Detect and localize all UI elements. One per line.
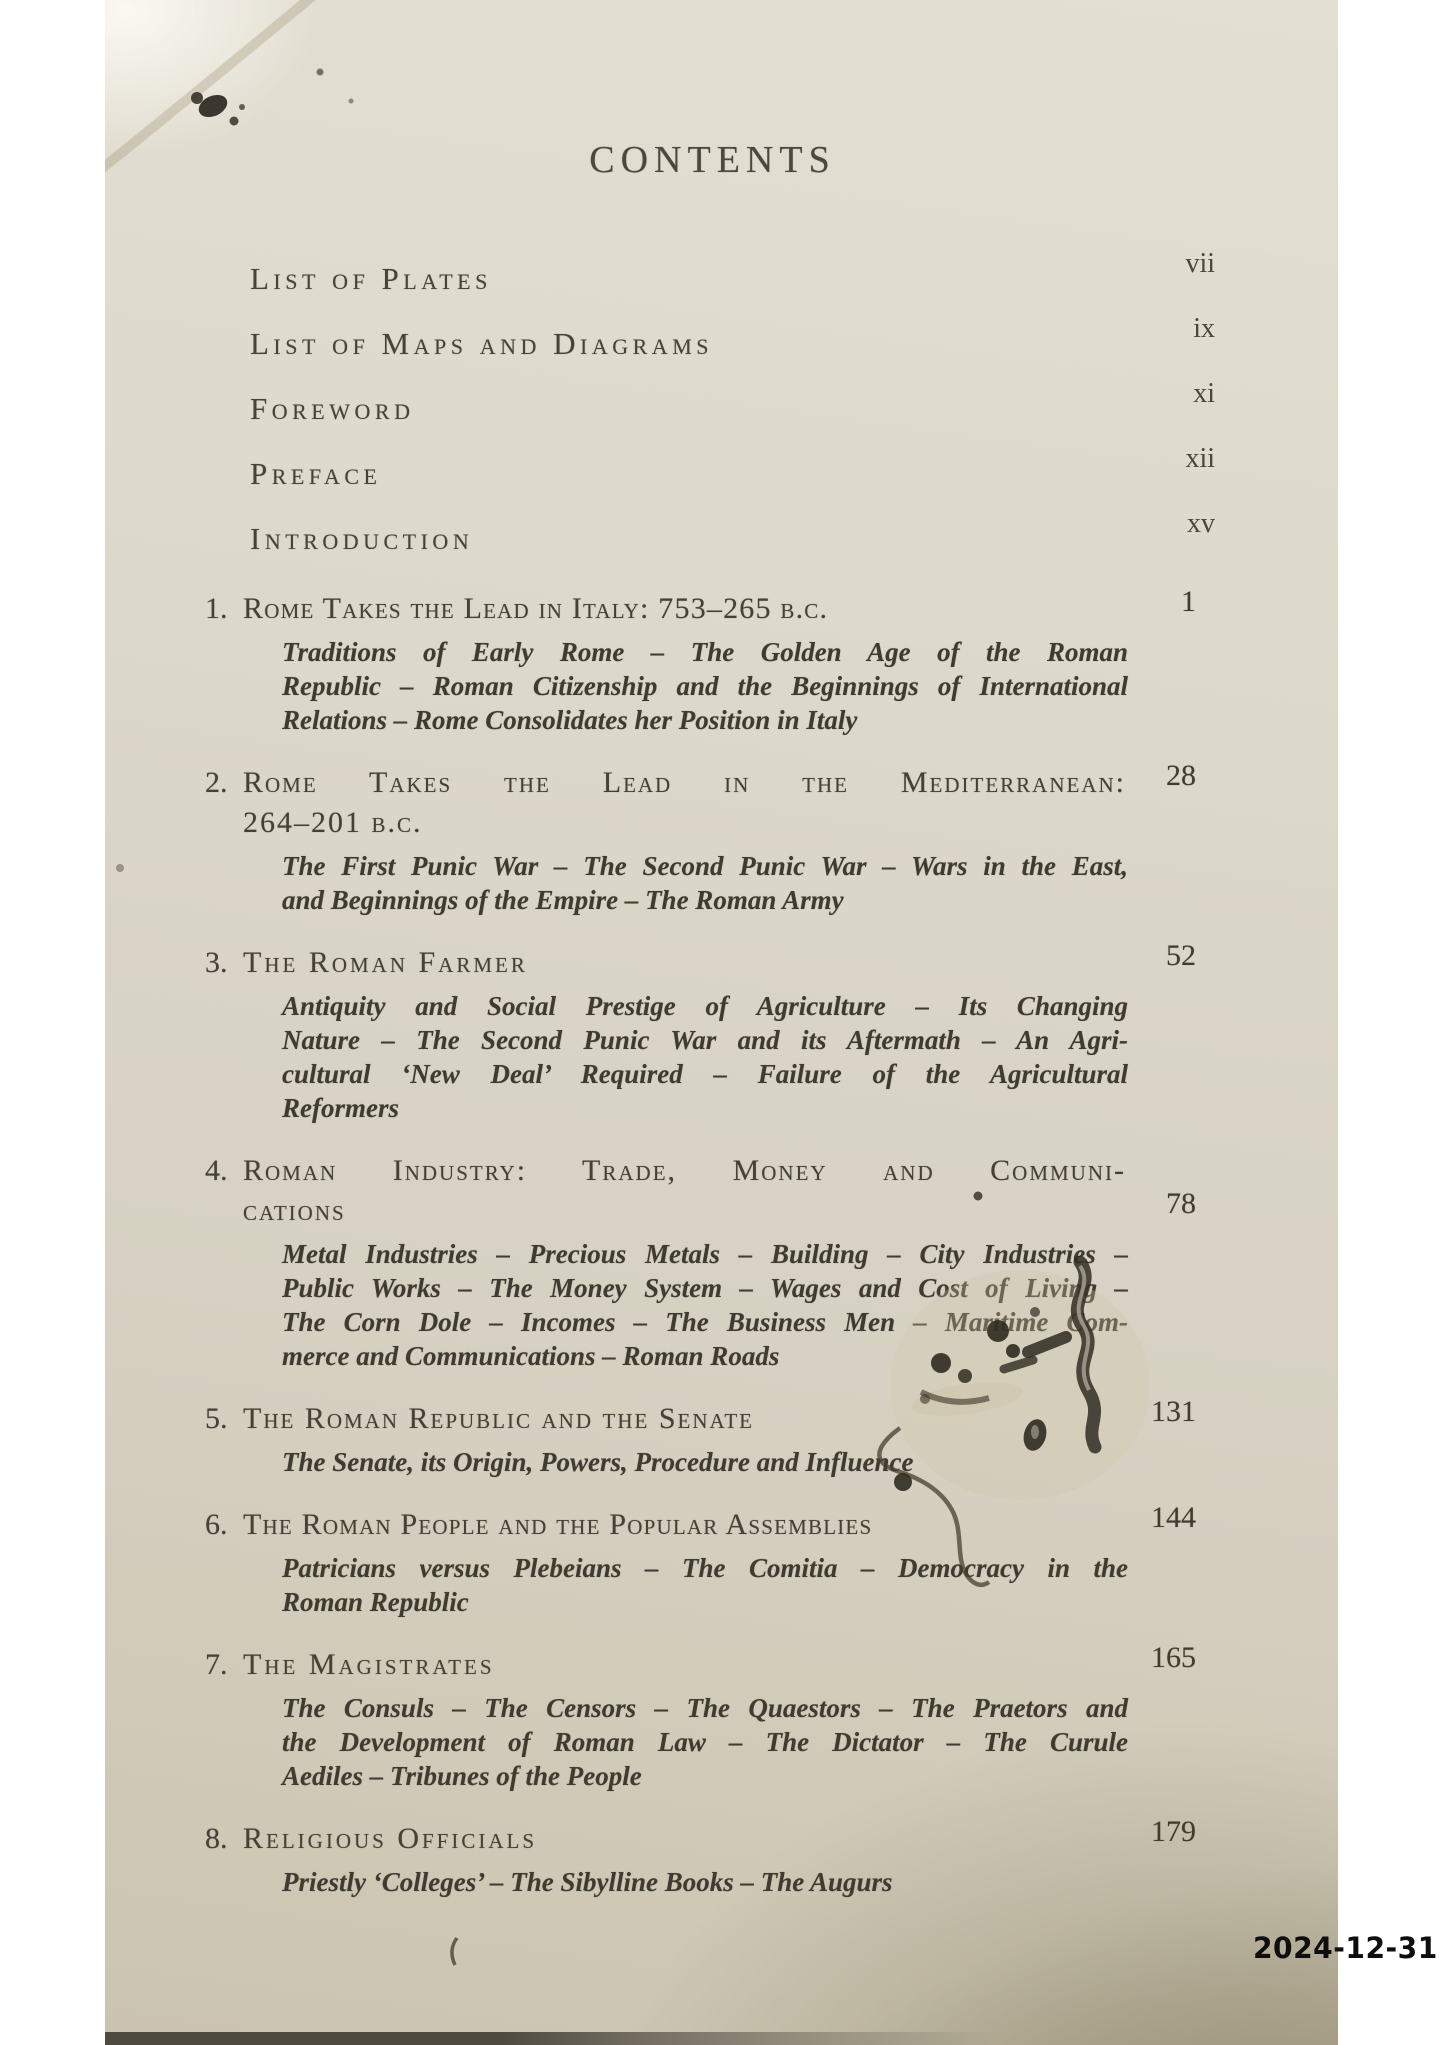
chapter-entry: 1.Rome Takes the Lead in Italy: 753–265 … bbox=[205, 589, 1220, 737]
toc-row: Forewordxi bbox=[205, 394, 1220, 426]
toc-row-label: List of Plates bbox=[250, 264, 1145, 294]
chapter-title-line: The Roman People and the Popular Assembl… bbox=[243, 1505, 1126, 1545]
chapter-subtitle: Traditions of Early Rome – The Golden Ag… bbox=[282, 635, 1128, 737]
chapter-page-number: 52 bbox=[1126, 939, 1196, 973]
chapter-page-number: 78 bbox=[1126, 1187, 1196, 1221]
chapter-title: Religious Officials bbox=[243, 1819, 1126, 1859]
chapter-title-row: 5.The Roman Republic and the Senate131 bbox=[205, 1399, 1220, 1439]
toc-row-label: Foreword bbox=[250, 394, 1145, 424]
chapter-entry: 6.The Roman People and the Popular Assem… bbox=[205, 1505, 1220, 1619]
chapter-title-line: Roman Industry: Trade, Money and Communi… bbox=[243, 1151, 1126, 1191]
toc-row-page: xi bbox=[1145, 378, 1215, 410]
subtitle-line: Relations – Rome Consolidates her Positi… bbox=[282, 703, 1128, 737]
chapter-number: 1. bbox=[205, 589, 243, 629]
chapter-subtitle: Priestly ‘Colleges’ – The Sibylline Book… bbox=[282, 1865, 1128, 1899]
subtitle-line: The First Punic War – The Second Punic W… bbox=[282, 849, 1128, 883]
chapter-title: The Roman People and the Popular Assembl… bbox=[243, 1505, 1126, 1545]
toc-row-page: xii bbox=[1145, 443, 1215, 475]
chapter-page-number: 165 bbox=[1126, 1641, 1196, 1675]
subtitle-line: Antiquity and Social Prestige of Agricul… bbox=[282, 989, 1128, 1023]
subtitle-line: The Consuls – The Censors – The Quaestor… bbox=[282, 1691, 1128, 1725]
chapter-title-row: 4.Roman Industry: Trade, Money and Commu… bbox=[205, 1151, 1220, 1231]
chapter-title: The Magistrates bbox=[243, 1645, 1126, 1685]
subtitle-line: Reformers bbox=[282, 1091, 1128, 1125]
chapter-page-number: 1 bbox=[1126, 585, 1196, 619]
subtitle-line: Priestly ‘Colleges’ – The Sibylline Book… bbox=[282, 1865, 1128, 1899]
front-matter-list: List of PlatesviiList of Maps and Diagra… bbox=[205, 264, 1220, 556]
chapter-entry: 7.The Magistrates165The Consuls – The Ce… bbox=[205, 1645, 1220, 1793]
chapter-number: 6. bbox=[205, 1505, 243, 1545]
toc-row-page: xv bbox=[1145, 508, 1215, 540]
chapter-title-line: The Roman Republic and the Senate bbox=[243, 1399, 1126, 1439]
chapter-subtitle: The Senate, its Origin, Powers, Procedur… bbox=[282, 1445, 1128, 1479]
chapter-title: Rome Takes the Lead in Italy: 753–265 b.… bbox=[243, 589, 1126, 629]
subtitle-line: Nature – The Second Punic War and its Af… bbox=[282, 1023, 1128, 1057]
book-page: CONTENTS List of PlatesviiList of Maps a… bbox=[105, 0, 1338, 2045]
chapter-subtitle: Patricians versus Plebeians – The Comiti… bbox=[282, 1551, 1128, 1619]
toc-row-page: vii bbox=[1145, 248, 1215, 280]
chapter-page-number: 131 bbox=[1126, 1395, 1196, 1429]
toc-row: Prefacexii bbox=[205, 459, 1220, 491]
subtitle-line: and Beginnings of the Empire – The Roman… bbox=[282, 883, 1128, 917]
chapter-title-line: The Roman Farmer bbox=[243, 943, 1126, 983]
chapter-title-line: Religious Officials bbox=[243, 1819, 1126, 1859]
subtitle-line: The Senate, its Origin, Powers, Procedur… bbox=[282, 1445, 1128, 1479]
chapter-number: 8. bbox=[205, 1819, 243, 1859]
subtitle-line: Patricians versus Plebeians – The Comiti… bbox=[282, 1551, 1128, 1585]
chapter-title-line: 264–201 b.c. bbox=[243, 803, 1126, 843]
chapter-title: The Roman Farmer bbox=[243, 943, 1126, 983]
chapter-entry: 4.Roman Industry: Trade, Money and Commu… bbox=[205, 1151, 1220, 1373]
chapter-entry: 3.The Roman Farmer52Antiquity and Social… bbox=[205, 943, 1220, 1125]
chapter-title: Roman Industry: Trade, Money and Communi… bbox=[243, 1151, 1126, 1231]
subtitle-line: merce and Communications – Roman Roads bbox=[282, 1339, 1128, 1373]
chapter-number: 3. bbox=[205, 943, 243, 983]
chapter-number: 4. bbox=[205, 1151, 243, 1191]
chapter-title-line: cations bbox=[243, 1191, 1126, 1231]
chapter-title-line: Rome Takes the Lead in Italy: 753–265 b.… bbox=[243, 589, 1126, 629]
chapter-list: 1.Rome Takes the Lead in Italy: 753–265 … bbox=[205, 589, 1220, 1899]
chapter-title-row: 2.Rome Takes the Lead in the Mediterrane… bbox=[205, 763, 1220, 843]
chapter-subtitle: Metal Industries – Precious Metals – Bui… bbox=[282, 1237, 1128, 1373]
subtitle-line: cultural ‘New Deal’ Required – Failure o… bbox=[282, 1057, 1128, 1091]
chapter-title-line: Rome Takes the Lead in the Mediterranean… bbox=[243, 763, 1126, 803]
chapter-subtitle: Antiquity and Social Prestige of Agricul… bbox=[282, 989, 1128, 1125]
chapter-subtitle: The First Punic War – The Second Punic W… bbox=[282, 849, 1128, 917]
subtitle-line: Republic – Roman Citizenship and the Beg… bbox=[282, 669, 1128, 703]
subtitle-line: Metal Industries – Precious Metals – Bui… bbox=[282, 1237, 1128, 1271]
chapter-entry: 5.The Roman Republic and the Senate131Th… bbox=[205, 1399, 1220, 1479]
chapter-number: 2. bbox=[205, 763, 243, 803]
table-of-contents: CONTENTS List of PlatesviiList of Maps a… bbox=[105, 0, 1338, 2045]
chapter-title-row: 7.The Magistrates165 bbox=[205, 1645, 1220, 1685]
chapter-page-number: 179 bbox=[1126, 1815, 1196, 1849]
subtitle-line: the Development of Roman Law – The Dicta… bbox=[282, 1725, 1128, 1759]
chapter-title-row: 3.The Roman Farmer52 bbox=[205, 943, 1220, 983]
toc-row: Introductionxv bbox=[205, 524, 1220, 556]
chapter-title-row: 1.Rome Takes the Lead in Italy: 753–265 … bbox=[205, 589, 1220, 629]
chapter-title-row: 8.Religious Officials179 bbox=[205, 1819, 1220, 1859]
chapter-title: Rome Takes the Lead in the Mediterranean… bbox=[243, 763, 1126, 843]
toc-row-label: List of Maps and Diagrams bbox=[250, 329, 1145, 359]
toc-row: List of Platesvii bbox=[205, 264, 1220, 296]
chapter-title-row: 6.The Roman People and the Popular Assem… bbox=[205, 1505, 1220, 1545]
chapter-entry: 2.Rome Takes the Lead in the Mediterrane… bbox=[205, 763, 1220, 917]
chapter-title: The Roman Republic and the Senate bbox=[243, 1399, 1126, 1439]
subtitle-line: Roman Republic bbox=[282, 1585, 1128, 1619]
toc-row-label: Preface bbox=[250, 459, 1145, 489]
chapter-title-line: The Magistrates bbox=[243, 1645, 1126, 1685]
subtitle-line: Traditions of Early Rome – The Golden Ag… bbox=[282, 635, 1128, 669]
date-stamp: 2024-12-31 bbox=[1253, 1931, 1438, 1965]
chapter-number: 7. bbox=[205, 1645, 243, 1685]
chapter-page-number: 144 bbox=[1126, 1501, 1196, 1535]
chapter-number: 5. bbox=[205, 1399, 243, 1439]
subtitle-line: Aediles – Tribunes of the People bbox=[282, 1759, 1128, 1793]
subtitle-line: Public Works – The Money System – Wages … bbox=[282, 1271, 1128, 1305]
toc-row: List of Maps and Diagramsix bbox=[205, 329, 1220, 361]
scanned-book-photo: CONTENTS List of PlatesviiList of Maps a… bbox=[0, 0, 1445, 2045]
toc-row-label: Introduction bbox=[250, 524, 1145, 554]
page-title: CONTENTS bbox=[205, 138, 1220, 182]
chapter-subtitle: The Consuls – The Censors – The Quaestor… bbox=[282, 1691, 1128, 1793]
toc-row-page: ix bbox=[1145, 313, 1215, 345]
chapter-page-number: 28 bbox=[1126, 759, 1196, 793]
subtitle-line: The Corn Dole – Incomes – The Business M… bbox=[282, 1305, 1128, 1339]
chapter-entry: 8.Religious Officials179Priestly ‘Colleg… bbox=[205, 1819, 1220, 1899]
